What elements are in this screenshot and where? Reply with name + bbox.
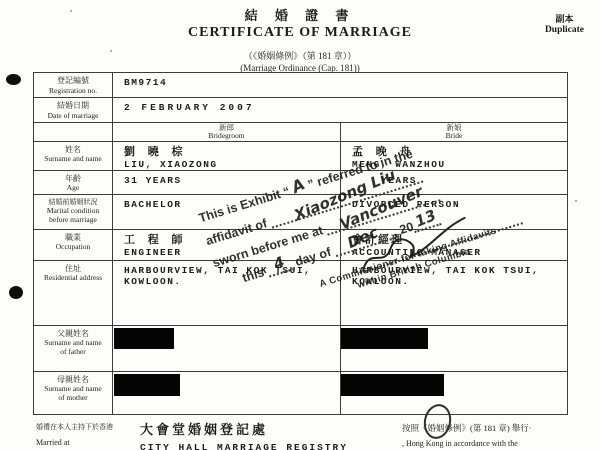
duplicate-english: Duplicate: [545, 25, 584, 35]
groom-name-cell: 劉 曉 棕 LIU, XIAOZONG: [113, 141, 341, 170]
venue-zh: 大會堂婚姻登記處: [140, 419, 348, 438]
marital-label-en1: Marital condition: [34, 206, 112, 215]
father-label-en1: Surname and name: [34, 338, 112, 347]
father-label-en2: of father: [34, 347, 112, 356]
married-at-en: Married at: [36, 438, 136, 447]
marriage-certificate-scan: 結 婚 證 書 CERTIFICATE OF MARRIAGE （《婚姻條例》（…: [0, 0, 600, 450]
certificate-header: 結 婚 證 書 CERTIFICATE OF MARRIAGE （《婚姻條例》（…: [0, 5, 600, 73]
registration-value: BM9714: [113, 73, 568, 98]
ordinance-subtitle-chinese: （《婚姻條例》（第 181 章））: [0, 49, 600, 62]
father-label-zh: 父親姓名: [34, 329, 112, 339]
registration-label: 登記編號 Registration no.: [34, 73, 113, 98]
hole-punch-mark: [6, 74, 21, 85]
date-label-zh: 結婚日期: [34, 101, 112, 111]
address-label: 住址 Residential address: [34, 260, 113, 325]
mother-label-en2: of mother: [34, 393, 112, 402]
registration-label-zh: 登記編號: [34, 76, 112, 86]
mother-label: 母親姓名 Surname and name of mother: [34, 371, 113, 414]
marriage-venue: 大會堂婚姻登記處 CITY HALL MARRIAGE REGISTRY: [140, 419, 348, 450]
name-label-zh: 姓名: [34, 145, 112, 155]
groom-mother-cell: [113, 371, 341, 414]
occupation-label: 職業 Occupation: [34, 229, 113, 260]
redaction-box: [341, 374, 444, 396]
venue-en: CITY HALL MARRIAGE REGISTRY: [140, 442, 348, 450]
bride-father-cell: [341, 325, 568, 371]
party-header-spacer: [34, 123, 113, 142]
groom-father-cell: [113, 325, 341, 371]
stamp-this-label: this: [241, 265, 266, 285]
title-english: CERTIFICATE OF MARRIAGE: [0, 25, 600, 41]
table-row-father: 父親姓名 Surname and name of father: [34, 325, 568, 371]
duplicate-chinese: 副本: [545, 12, 584, 25]
bridegroom-header-en: Bridegroom: [113, 132, 340, 140]
scan-speck: [575, 200, 577, 202]
groom-name-zh: 劉 曉 棕: [124, 146, 338, 159]
age-label: 年齡 Age: [34, 170, 113, 194]
address-label-en: Residential address: [34, 273, 112, 282]
bridegroom-column-header: 新郎 Bridegroom: [113, 123, 341, 142]
occupation-label-zh: 職業: [34, 233, 112, 243]
date-label-en: Date of marriage: [34, 111, 112, 120]
duplicate-marker: 副本 Duplicate: [545, 12, 584, 35]
mother-label-zh: 母親姓名: [34, 375, 112, 385]
stamp-day-handwritten: 4: [271, 256, 285, 271]
groom-name-en: LIU, XIAOZONG: [124, 159, 338, 170]
table-row-registration: 登記編號 Registration no. BM9714: [34, 73, 568, 98]
date-label: 結婚日期 Date of marriage: [34, 98, 113, 123]
footer-ordinance-en: , Hong Kong in accordance with the: [402, 439, 582, 448]
bride-mother-cell: [341, 371, 568, 414]
marital-label-en2: before marriage: [34, 215, 112, 224]
redaction-box: [114, 328, 174, 349]
registration-label-en: Registration no.: [34, 86, 112, 95]
redaction-box: [341, 328, 428, 349]
married-at-label: 婚禮在本人主持下於香港 Married at: [36, 422, 136, 447]
stamp-day-of-label: day of: [293, 245, 332, 269]
name-label: 姓名 Surname and name: [34, 141, 113, 170]
address-label-zh: 住址: [34, 264, 112, 274]
table-row-mother: 母親姓名 Surname and name of mother: [34, 371, 568, 414]
age-label-zh: 年齡: [34, 174, 112, 184]
married-at-zh: 婚禮在本人主持下於香港: [36, 422, 136, 432]
name-label-en: Surname and name: [34, 154, 112, 163]
father-label: 父親姓名 Surname and name of father: [34, 325, 113, 371]
stamp-day-dotline: 4: [265, 255, 295, 278]
title-chinese: 結 婚 證 書: [0, 5, 600, 24]
mother-label-en1: Surname and name: [34, 384, 112, 393]
redaction-box: [114, 374, 180, 396]
hole-punch-mark: [9, 286, 23, 299]
occupation-label-en: Occupation: [34, 242, 112, 251]
marital-condition-label: 結婚前婚姻狀況 Marital condition before marriag…: [34, 194, 113, 229]
age-label-en: Age: [34, 183, 112, 192]
marital-label-zh: 結婚前婚姻狀況: [34, 198, 112, 206]
